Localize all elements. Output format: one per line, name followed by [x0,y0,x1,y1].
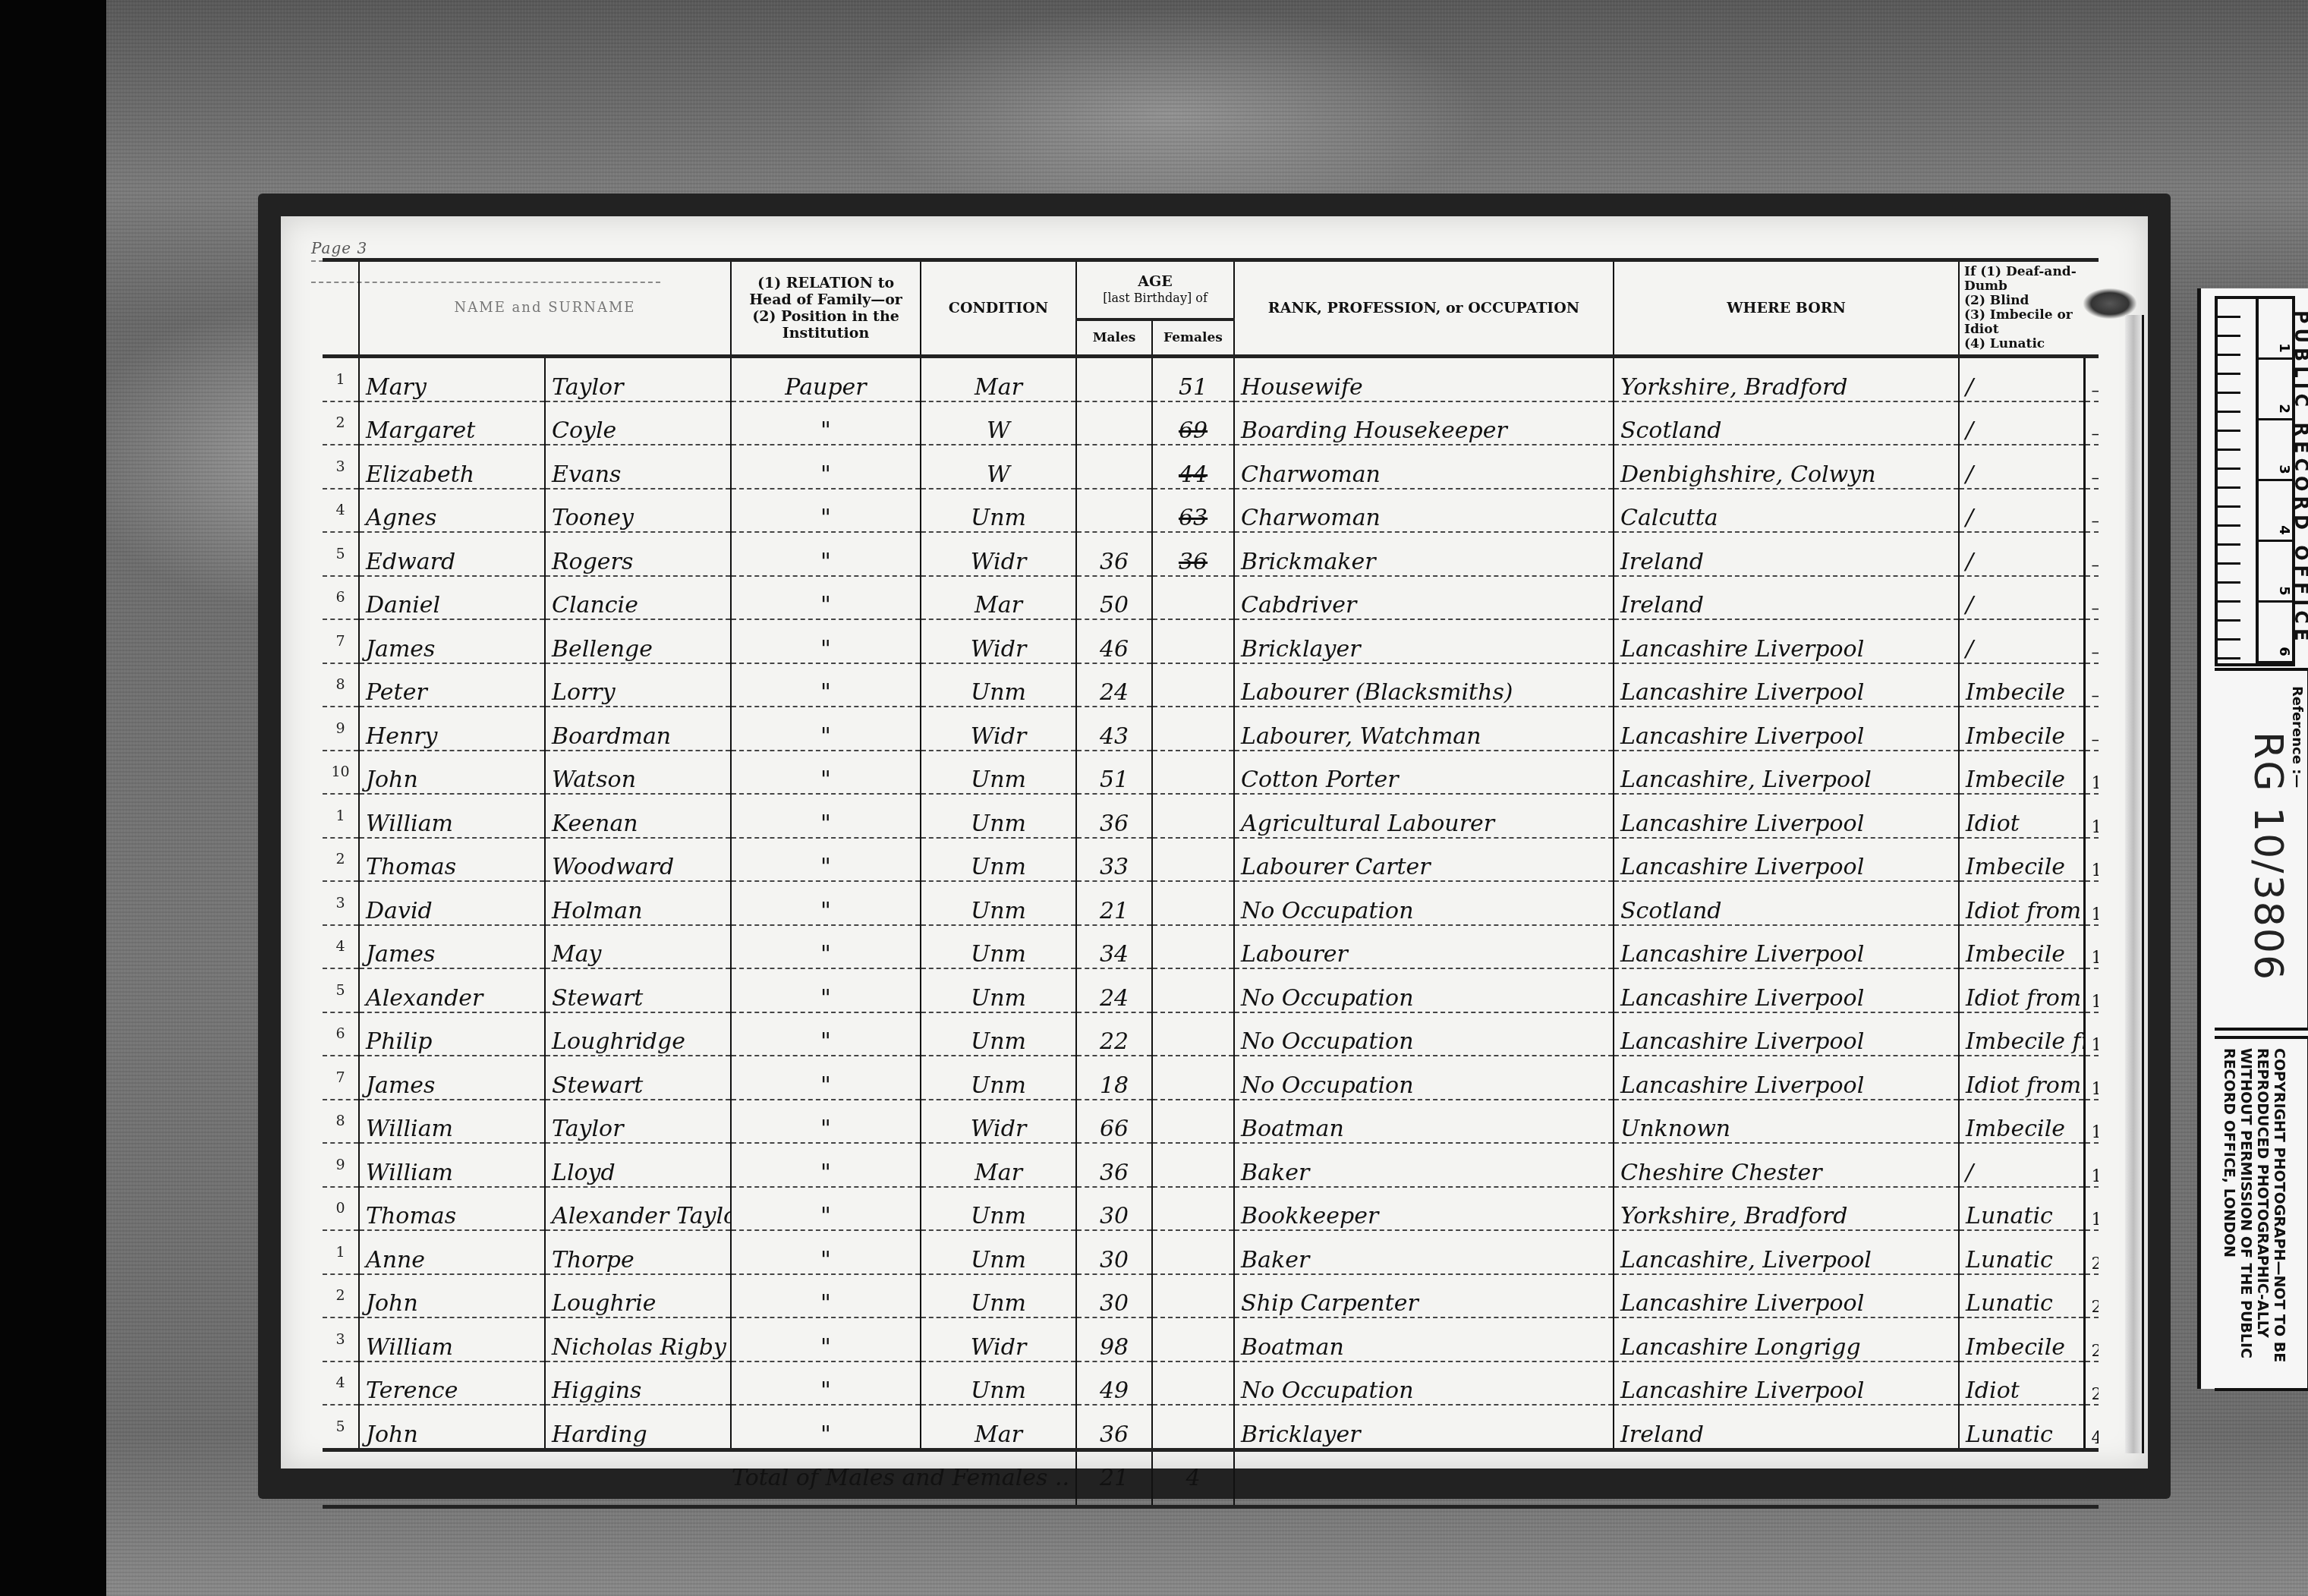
surname: Holman [545,881,731,925]
infirmity: / [1959,357,2084,401]
where-born: Unknown [1614,1100,1959,1144]
tally-mark: — [2084,576,2099,620]
where-born: Lancashire Liverpool [1614,619,1959,663]
forename: Edward [359,532,545,576]
female-age [1152,1405,1234,1450]
scale-cell: 4 [2259,481,2292,542]
tally-mark: 4 [2084,1405,2099,1450]
infirmity: / [1959,445,2084,489]
condition: Unm [921,794,1076,838]
tally-mark: 2 [2084,1317,2099,1361]
where-born: Ireland [1614,576,1959,620]
where-born: Ireland [1614,532,1959,576]
page-reference: Page 3 [311,239,367,257]
line-number: 5 [323,532,359,576]
female-age [1152,968,1234,1012]
occupation: Labourer (Blacksmiths) [1234,663,1614,707]
line-number: 2 [323,401,359,445]
tally-mark: 1 [2084,1012,2099,1056]
condition: Unm [921,881,1076,925]
condition: Unm [921,925,1076,969]
census-body: 1MaryTaylorPauperMar51HousewifeYorkshire… [323,357,2099,1450]
condition: Unm [921,838,1076,882]
surname: Bellenge [545,619,731,663]
condition: Unm [921,1056,1076,1100]
infirmity: Idiot from [1959,1056,2084,1100]
male-age: 98 [1076,1317,1152,1361]
table-row: 6DanielClancie"Mar50CabdriverIreland/— [323,576,2099,620]
forename: Anne [359,1230,545,1274]
occupation: No Occupation [1234,968,1614,1012]
infirmity: Imbecile [1959,1317,2084,1361]
table-row: 8WilliamTaylor"Widr66BoatmanUnknownImbec… [323,1100,2099,1144]
occupation: Bookkeeper [1234,1187,1614,1231]
surname: Thorpe [545,1230,731,1274]
line-number: 6 [323,576,359,620]
condition: W [921,445,1076,489]
condition: Unm [921,751,1076,795]
tally-mark: 1 [2084,881,2099,925]
tally-mark: 1 [2084,1187,2099,1231]
where-born: Lancashire, Liverpool [1614,1230,1959,1274]
tally-mark: — [2084,532,2099,576]
reference-box: Reference :— RG 10/3806 [2215,668,2308,1031]
where-born: Lancashire Liverpool [1614,968,1959,1012]
forename: John [359,751,545,795]
male-age: 36 [1076,1143,1152,1187]
infirmity: / [1959,576,2084,620]
male-age: 36 [1076,1405,1152,1450]
infirmity: / [1959,1143,2084,1187]
occupation: No Occupation [1234,1012,1614,1056]
tally-mark: — [2084,445,2099,489]
occupation: Cotton Porter [1234,751,1614,795]
forename: John [359,1274,545,1318]
female-age [1152,1361,1234,1406]
table-row: 1AnneThorpe"Unm30BakerLancashire, Liverp… [323,1230,2099,1274]
male-age [1076,489,1152,533]
infirmity: Imbecile [1959,751,2084,795]
condition: Unm [921,1274,1076,1318]
occupation: No Occupation [1234,881,1614,925]
line-number: 9 [323,1143,359,1187]
relation: " [731,619,921,663]
surname: Boardman [545,707,731,751]
scale-cell: 3 [2259,420,2292,481]
relation: " [731,1274,921,1318]
line-number: 5 [323,968,359,1012]
header-name: NAME and SURNAME [359,260,731,357]
copyright-box: COPYRIGHT PHOTOGRAPH—NOT TO BE REPRODUCE… [2215,1036,2308,1391]
male-age: 49 [1076,1361,1152,1406]
infirmity: Idiot from [1959,968,2084,1012]
relation: " [731,1361,921,1406]
line-number: 10 [323,751,359,795]
surname: Keenan [545,794,731,838]
header-where-born: WHERE BORN [1614,260,1959,357]
table-row: 2ThomasWoodward"Unm33Labourer CarterLanc… [323,838,2099,882]
tally-mark: — [2084,401,2099,445]
line-number: 4 [323,489,359,533]
line-number: 1 [323,1230,359,1274]
surname: Woodward [545,838,731,882]
surname: Nicholas Rigby [545,1317,731,1361]
scanner-edge [0,0,106,1596]
table-row: 3DavidHolman"Unm21No OccupationScotlandI… [323,881,2099,925]
table-row: 0ThomasAlexander Taylor"Unm30BookkeeperY… [323,1187,2099,1231]
relation: " [731,1143,921,1187]
relation: " [731,576,921,620]
header-infirmity: If (1) Deaf-and-Dumb (2) Blind (3) Imbec… [1959,260,2099,357]
infirmity: Lunatic [1959,1405,2084,1450]
totals-blank [1234,1450,2099,1506]
table-row: 1MaryTaylorPauperMar51HousewifeYorkshire… [323,357,2099,401]
where-born: Scotland [1614,881,1959,925]
forename: William [359,1100,545,1144]
condition: Widr [921,707,1076,751]
male-age: 22 [1076,1012,1152,1056]
tally-mark: — [2084,707,2099,751]
line-number: 1 [323,794,359,838]
table-row: 9WilliamLloyd"Mar36BakerCheshire Chester… [323,1143,2099,1187]
infirmity: / [1959,489,2084,533]
line-number: 2 [323,1274,359,1318]
infirmity: Imbecile [1959,663,2084,707]
infirmity: Lunatic [1959,1230,2084,1274]
where-born: Lancashire Liverpool [1614,707,1959,751]
male-age: 33 [1076,838,1152,882]
male-age: 43 [1076,707,1152,751]
male-age: 24 [1076,968,1152,1012]
forename: Margaret [359,401,545,445]
paper-clip-mark [2083,288,2136,319]
condition: Unm [921,1230,1076,1274]
table-row: 7JamesStewart"Unm18No OccupationLancashi… [323,1056,2099,1100]
male-age: 36 [1076,532,1152,576]
line-number: 7 [323,619,359,663]
table-row: 2JohnLoughrie"Unm30Ship CarpenterLancash… [323,1274,2099,1318]
occupation: Bricklayer [1234,1405,1614,1450]
table-row: 9HenryBoardman"Widr43Labourer, WatchmanL… [323,707,2099,751]
female-age [1152,1187,1234,1231]
condition: Widr [921,1100,1076,1144]
header-age: AGE [last Birthday] of [1076,260,1234,320]
table-header-row: NAME and SURNAME (1) RELATION to Head of… [323,260,2099,320]
female-age: 63 [1152,489,1234,533]
female-age [1152,663,1234,707]
female-age: 36 [1152,532,1234,576]
where-born: Denbighshire, Colwyn [1614,445,1959,489]
male-age: 66 [1076,1100,1152,1144]
female-age [1152,751,1234,795]
occupation: Boarding Housekeeper [1234,401,1614,445]
page-fold-edge [2125,315,2144,1453]
forename: William [359,1143,545,1187]
where-born: Calcutta [1614,489,1959,533]
female-age [1152,1056,1234,1100]
where-born: Lancashire Liverpool [1614,663,1959,707]
header-line-no [323,260,359,357]
female-age: 69 [1152,401,1234,445]
condition: W [921,401,1076,445]
totals-row: Total of Males and Females .. 21 4 [323,1450,2099,1506]
male-age: 30 [1076,1187,1152,1231]
female-age [1152,1143,1234,1187]
female-age [1152,1230,1234,1274]
scale-cells: 1 2 3 4 5 6 [2256,296,2295,666]
totals-males: 21 [1076,1450,1152,1506]
occupation: Ship Carpenter [1234,1274,1614,1318]
line-number: 8 [323,663,359,707]
scale-cell: 2 [2259,360,2292,420]
male-age: 51 [1076,751,1152,795]
where-born: Scotland [1614,401,1959,445]
surname: Loughridge [545,1012,731,1056]
relation: " [731,445,921,489]
forename: Agnes [359,489,545,533]
surname: Harding [545,1405,731,1450]
male-age: 21 [1076,881,1152,925]
relation: " [731,968,921,1012]
relation: " [731,401,921,445]
forename: David [359,881,545,925]
relation: " [731,532,921,576]
reference-label: Reference :— [2289,686,2305,788]
table-row: 4TerenceHiggins"Unm49No OccupationLancas… [323,1361,2099,1406]
table-row: 6PhilipLoughridge"Unm22No OccupationLanc… [323,1012,2099,1056]
copyright-notice: COPYRIGHT PHOTOGRAPH—NOT TO BE REPRODUCE… [2221,1048,2288,1388]
forename: James [359,1056,545,1100]
reference-value: RG 10/3806 [2245,732,2291,981]
condition: Mar [921,357,1076,401]
infirmity: Idiot from [1959,881,2084,925]
header-occupation: RANK, PROFESSION, or OCCUPATION [1234,260,1614,357]
where-born: Lancashire Liverpool [1614,1012,1959,1056]
relation: " [731,1012,921,1056]
tally-mark: 2 [2084,1274,2099,1318]
male-age [1076,445,1152,489]
forename: John [359,1405,545,1450]
forename: Philip [359,1012,545,1056]
forename: Thomas [359,838,545,882]
infirmity: Imbecile [1959,707,2084,751]
occupation: Charwoman [1234,445,1614,489]
occupation: Boatman [1234,1100,1614,1144]
table-row: 10JohnWatson"Unm51Cotton PorterLancashir… [323,751,2099,795]
where-born: Lancashire Liverpool [1614,1361,1959,1406]
occupation: Labourer, Watchman [1234,707,1614,751]
where-born: Lancashire Liverpool [1614,925,1959,969]
condition: Unm [921,1012,1076,1056]
forename: Thomas [359,1187,545,1231]
surname: Coyle [545,401,731,445]
relation: " [731,1100,921,1144]
pro-title: PUBLIC RECORD OFFICE [2291,296,2308,660]
surname: Watson [545,751,731,795]
surname: Lloyd [545,1143,731,1187]
infirmity: Imbecile [1959,1100,2084,1144]
relation: " [731,489,921,533]
condition: Unm [921,968,1076,1012]
where-born: Yorkshire, Bradford [1614,357,1959,401]
where-born: Lancashire Liverpool [1614,838,1959,882]
surname: Stewart [545,968,731,1012]
infirmity: Idiot [1959,794,2084,838]
tally-mark: 1 [2084,794,2099,838]
infirmity: Idiot [1959,1361,2084,1406]
male-age: 34 [1076,925,1152,969]
tally-mark: 1 [2084,1056,2099,1100]
tally-mark: 2 [2084,1230,2099,1274]
header-relation: (1) RELATION to Head of Family—or (2) Po… [731,260,921,357]
header-age-title: AGE [1082,273,1229,290]
line-number: 4 [323,925,359,969]
female-age [1152,881,1234,925]
forename: James [359,619,545,663]
male-age: 30 [1076,1274,1152,1318]
relation: Pauper [731,357,921,401]
table-row: 4AgnesTooney"Unm63CharwomanCalcutta/— [323,489,2099,533]
occupation: Labourer [1234,925,1614,969]
forename: Peter [359,663,545,707]
surname: Higgins [545,1361,731,1406]
occupation: Housewife [1234,357,1614,401]
line-number: 2 [323,838,359,882]
condition: Mar [921,1405,1076,1450]
tally-mark: 1 [2084,838,2099,882]
female-age [1152,838,1234,882]
infirmity: Imbecile from [1959,1012,2084,1056]
forename: William [359,1317,545,1361]
surname: Tooney [545,489,731,533]
tally-mark: 2 [2084,1361,2099,1406]
infirmity: / [1959,401,2084,445]
where-born: Lancashire, Liverpool [1614,751,1959,795]
forename: Terence [359,1361,545,1406]
infirmity: / [1959,619,2084,663]
infirmity: Lunatic [1959,1274,2084,1318]
table-row: 1WilliamKeenan"Unm36Agricultural Laboure… [323,794,2099,838]
table-row: 7JamesBellenge"Widr46BricklayerLancashir… [323,619,2099,663]
female-age [1152,1100,1234,1144]
female-age [1152,707,1234,751]
table-row: 8PeterLorry"Unm24Labourer (Blacksmiths)L… [323,663,2099,707]
forename: Elizabeth [359,445,545,489]
scale-cell: 5 [2259,542,2292,603]
relation: " [731,1187,921,1231]
occupation: Cabdriver [1234,576,1614,620]
female-age: 44 [1152,445,1234,489]
relation: " [731,794,921,838]
where-born: Lancashire Liverpool [1614,1274,1959,1318]
table-row: 3WilliamNicholas Rigby"Widr98BoatmanLanc… [323,1317,2099,1361]
surname: Lorry [545,663,731,707]
male-age [1076,357,1152,401]
line-number: 4 [323,1361,359,1406]
header-females: Females [1152,320,1234,356]
relation: " [731,838,921,882]
female-age [1152,619,1234,663]
relation: " [731,1317,921,1361]
male-age: 18 [1076,1056,1152,1100]
surname: Alexander Taylor [545,1187,731,1231]
line-number: 1 [323,357,359,401]
surname: Taylor [545,357,731,401]
condition: Mar [921,576,1076,620]
line-number: 3 [323,881,359,925]
scale-ruler [2215,296,2258,666]
male-age: 46 [1076,619,1152,663]
infirmity: Imbecile [1959,838,2084,882]
male-age: 30 [1076,1230,1152,1274]
totals-label: Total of Males and Females .. [323,1450,1076,1506]
tally-mark: — [2084,357,2099,401]
census-page: Page 3 NAME and SURNAME (1) RELATION to … [281,216,2148,1469]
occupation: Boatman [1234,1317,1614,1361]
female-age [1152,794,1234,838]
female-age [1152,1012,1234,1056]
surname: Loughrie [545,1274,731,1318]
relation: " [731,1056,921,1100]
table-row: 5EdwardRogers"Widr3636BrickmakerIreland/… [323,532,2099,576]
line-number: 8 [323,1100,359,1144]
occupation: No Occupation [1234,1361,1614,1406]
female-age: 51 [1152,357,1234,401]
census-table: NAME and SURNAME (1) RELATION to Head of… [323,258,2099,1509]
line-number: 0 [323,1187,359,1231]
where-born: Lancashire Liverpool [1614,1056,1959,1100]
condition: Widr [921,619,1076,663]
condition: Widr [921,1317,1076,1361]
totals-females: 4 [1152,1450,1234,1506]
occupation: Baker [1234,1230,1614,1274]
occupation: Brickmaker [1234,532,1614,576]
relation: " [731,751,921,795]
header-age-subtitle: [last Birthday] of [1082,290,1229,307]
table-row: 5AlexanderStewart"Unm24No OccupationLanc… [323,968,2099,1012]
line-number: 3 [323,1317,359,1361]
where-born: Yorkshire, Bradford [1614,1187,1959,1231]
tally-mark: 1 [2084,751,2099,795]
relation: " [731,1405,921,1450]
surname: May [545,925,731,969]
male-age: 36 [1076,794,1152,838]
tally-mark: 1 [2084,1143,2099,1187]
header-condition: CONDITION [921,260,1076,357]
line-number: 7 [323,1056,359,1100]
male-age: 50 [1076,576,1152,620]
female-age [1152,1274,1234,1318]
header-males: Males [1076,320,1152,356]
surname: Taylor [545,1100,731,1144]
where-born: Ireland [1614,1405,1959,1450]
condition: Unm [921,1361,1076,1406]
tally-mark: — [2084,619,2099,663]
tally-mark: — [2084,663,2099,707]
forename: Daniel [359,576,545,620]
scale-cell: 6 [2259,603,2292,663]
tally-mark: 1 [2084,968,2099,1012]
female-age [1152,576,1234,620]
infirmity: / [1959,532,2084,576]
condition: Mar [921,1143,1076,1187]
tally-mark: — [2084,489,2099,533]
condition: Unm [921,1187,1076,1231]
occupation: Agricultural Labourer [1234,794,1614,838]
surname: Rogers [545,532,731,576]
tally-mark: 1 [2084,925,2099,969]
condition: Unm [921,489,1076,533]
